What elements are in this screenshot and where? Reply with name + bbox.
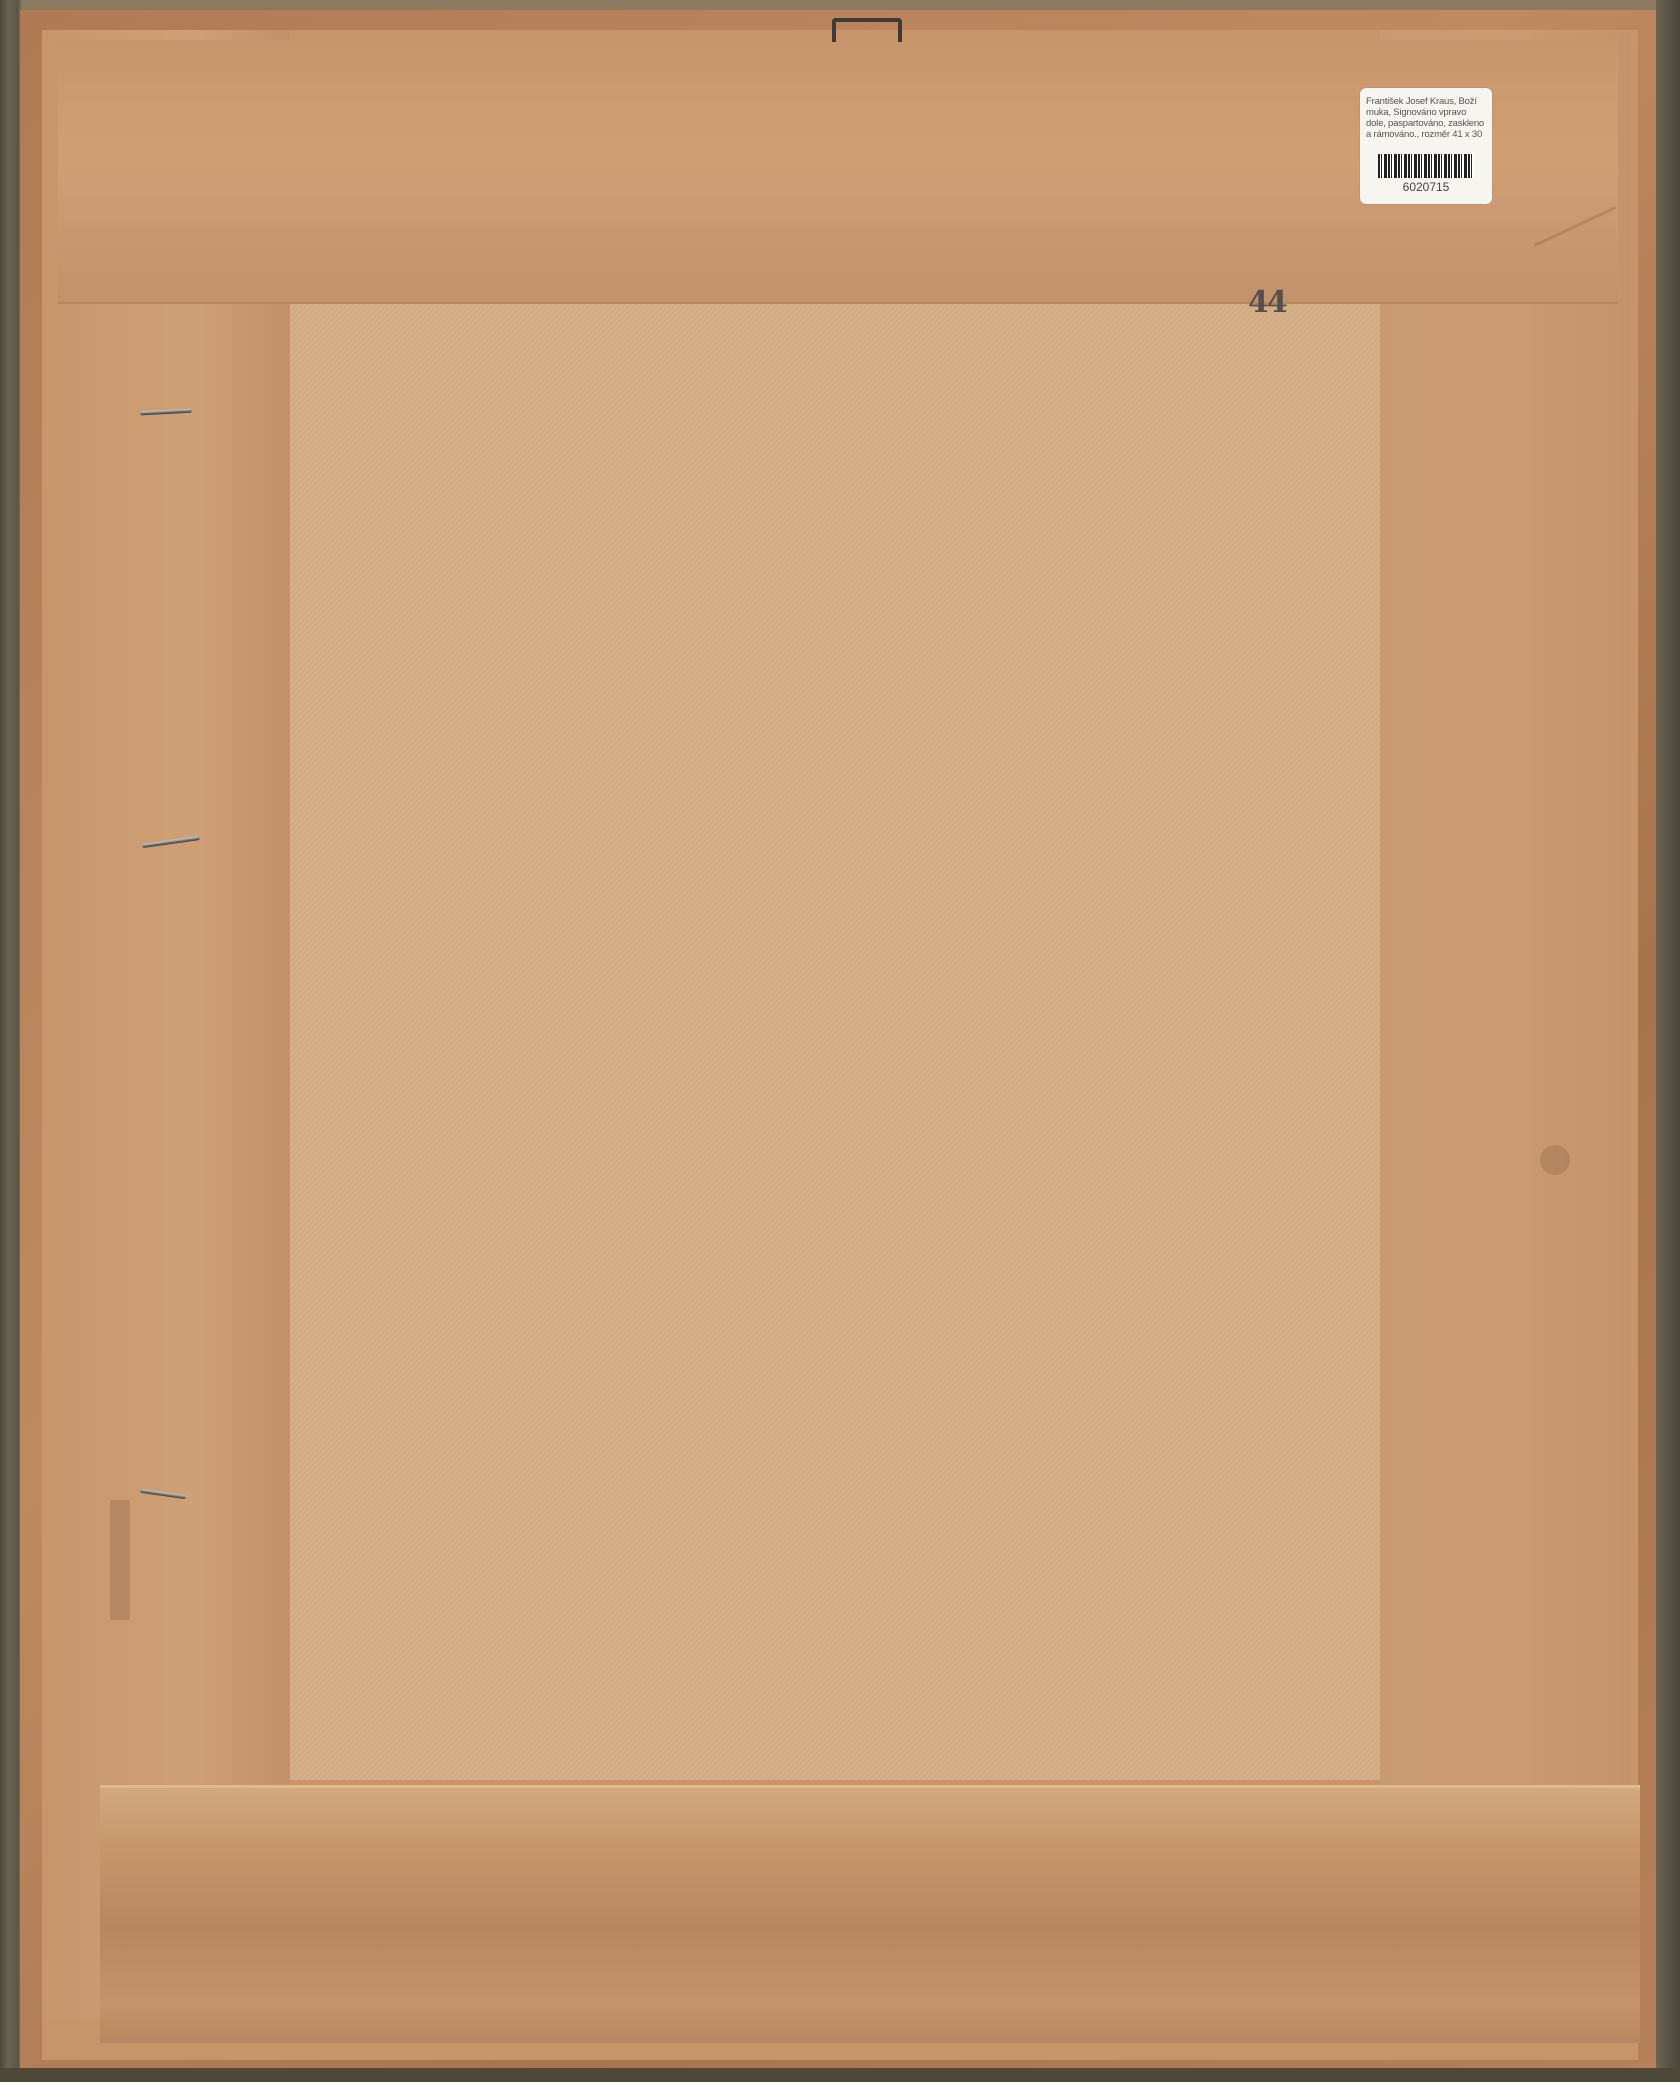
inventory-mark: 44 bbox=[1248, 285, 1286, 320]
tape-bottom bbox=[100, 1785, 1640, 2043]
hanger-hook-icon bbox=[832, 18, 902, 42]
backing-paper bbox=[290, 290, 1380, 1780]
barcode-number: 6020715 bbox=[1366, 180, 1486, 194]
tape-left bbox=[42, 30, 290, 2020]
frame-rim-bottom bbox=[0, 2068, 1680, 2082]
tape-crease bbox=[110, 1500, 130, 1620]
barcode-icon bbox=[1378, 154, 1474, 178]
frame-rim-right bbox=[1656, 0, 1680, 2082]
tape-crease bbox=[1540, 1145, 1570, 1175]
label-text: František Josef Kraus, Boží muka, Signov… bbox=[1366, 96, 1486, 140]
tape-right bbox=[1380, 30, 1630, 2020]
inventory-label: František Josef Kraus, Boží muka, Signov… bbox=[1360, 88, 1492, 204]
